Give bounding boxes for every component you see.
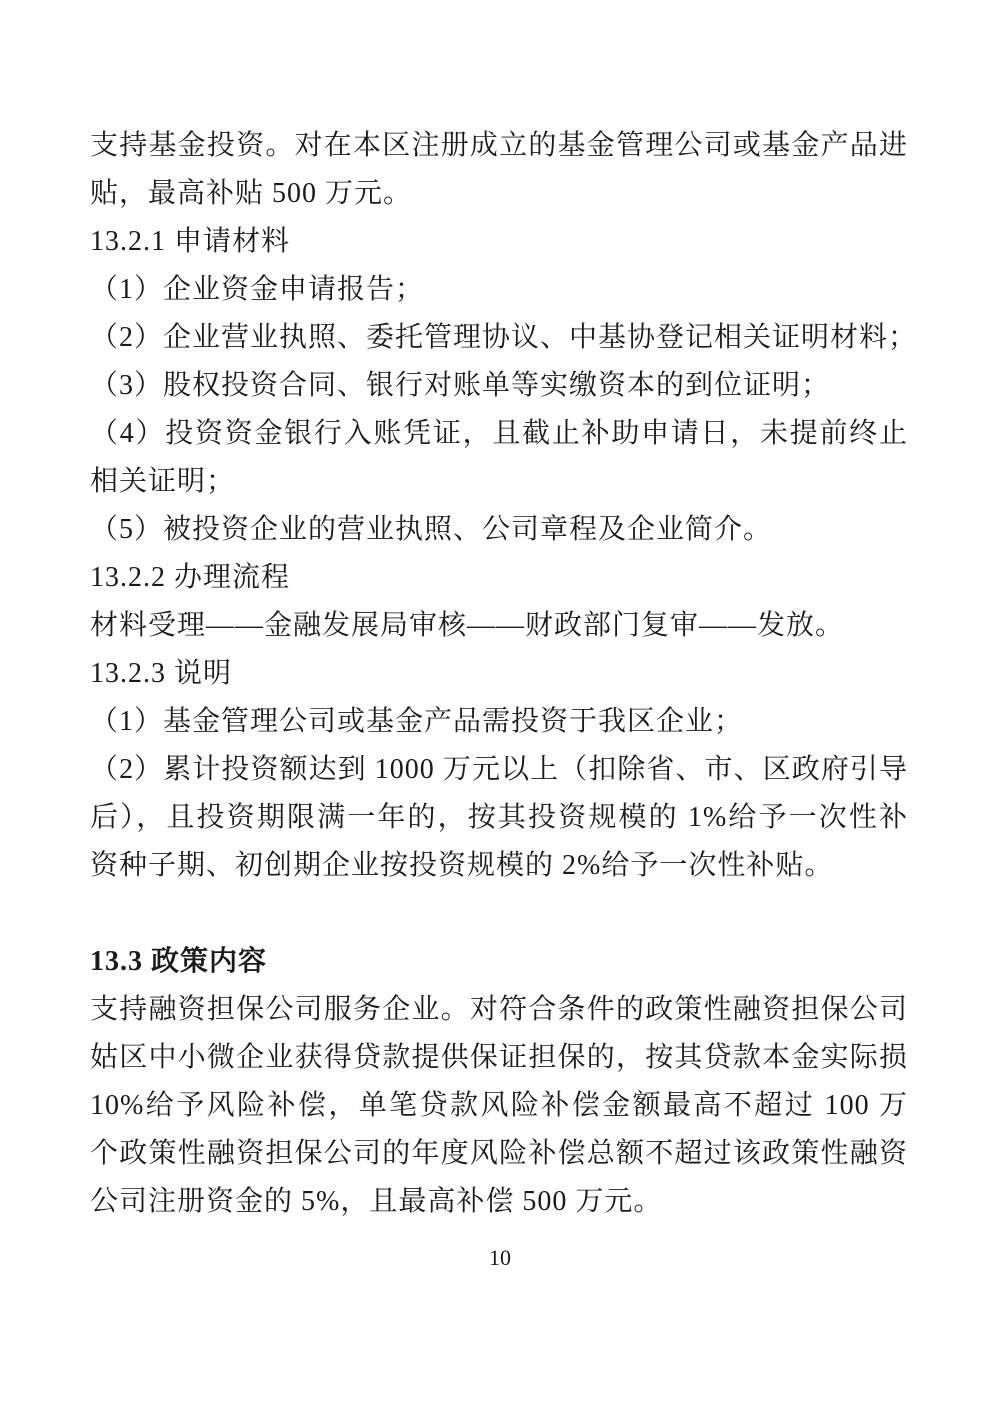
paragraph-line: 支持融资担保公司服务企业。对符合条件的政策性融资担保公司为皇 <box>90 986 908 1034</box>
list-item: （1）企业资金申请报告； <box>90 266 908 314</box>
document-page: 支持基金投资。对在本区注册成立的基金管理公司或基金产品进行补 贴，最高补贴 50… <box>0 0 1000 1413</box>
paragraph-line: 支持基金投资。对在本区注册成立的基金管理公司或基金产品进行补 <box>90 122 908 170</box>
paragraph-line: 后），且投资期限满一年的，按其投资规模的 1%给予一次性补贴；投 <box>90 794 908 842</box>
subsection-heading-13-2-3: 13.2.3 说明 <box>90 650 908 698</box>
paragraph-gap <box>90 890 908 938</box>
subsection-heading-13-2-2: 13.2.2 办理流程 <box>90 554 908 602</box>
paragraph-line: 10%给予风险补偿，单笔贷款风险补偿金额最高不超过 100 万元；对单 <box>90 1082 908 1130</box>
paragraph-line: 资种子期、初创期企业按投资规模的 2%给予一次性补贴。 <box>90 842 908 890</box>
list-item: （1）基金管理公司或基金产品需投资于我区企业； <box>90 698 908 746</box>
list-item: （4）投资资金银行入账凭证，且截止补助申请日，未提前终止合同的 <box>90 410 908 458</box>
section-heading-13-3: 13.3 政策内容 <box>90 938 908 986</box>
paragraph-line: 个政策性融资担保公司的年度风险补偿总额不超过该政策性融资担保 <box>90 1130 908 1178</box>
list-item: （2）累计投资额达到 1000 万元以上（扣除省、市、区政府引导基金 <box>90 746 908 794</box>
paragraph-line: 姑区中小微企业获得贷款提供保证担保的，按其贷款本金实际损失的 <box>90 1034 908 1082</box>
paragraph-line: 相关证明； <box>90 458 908 506</box>
subsection-heading-13-2-1: 13.2.1 申请材料 <box>90 218 908 266</box>
list-item: （5）被投资企业的营业执照、公司章程及企业简介。 <box>90 506 908 554</box>
list-item: （2）企业营业执照、委托管理协议、中基协登记相关证明材料； <box>90 314 908 362</box>
paragraph-line: 公司注册资金的 5%，且最高补偿 500 万元。 <box>90 1178 908 1226</box>
paragraph-line: 贴，最高补贴 500 万元。 <box>90 170 908 218</box>
page-number: 10 <box>0 1242 1000 1274</box>
paragraph-line: 材料受理——金融发展局审核——财政部门复审——发放。 <box>90 602 908 650</box>
list-item: （3）股权投资合同、银行对账单等实缴资本的到位证明； <box>90 362 908 410</box>
page-body: 支持基金投资。对在本区注册成立的基金管理公司或基金产品进行补 贴，最高补贴 50… <box>90 122 908 1226</box>
